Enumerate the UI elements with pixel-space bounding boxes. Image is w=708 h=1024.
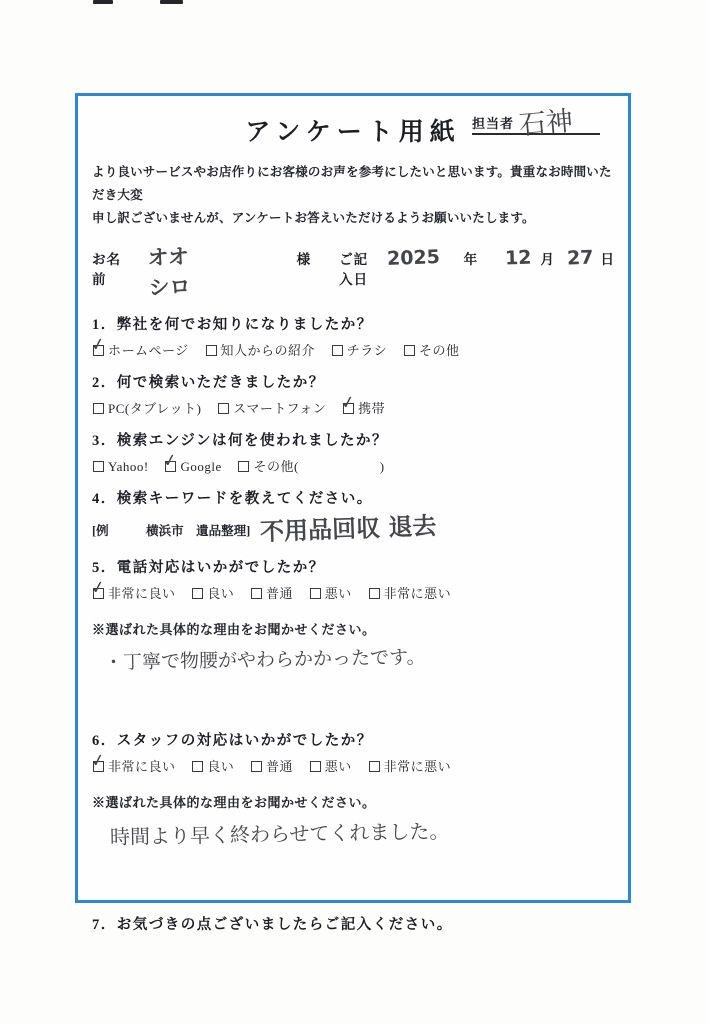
question-2-title: 2．何で検索いただきましたか？: [92, 371, 614, 392]
option-smartphone: スマートフォン: [218, 401, 326, 416]
scan-artifact-mark: [93, 0, 113, 4]
checkbox: [93, 403, 104, 414]
checkbox: [404, 345, 415, 356]
option-label: 普通: [266, 759, 293, 774]
question-6: 6．スタッフの対応はいかがでしたか？ 非常に良い 良い 普通 悪い 非常に悪い …: [92, 729, 614, 847]
checkbox: [192, 761, 203, 772]
checkbox: [369, 761, 380, 772]
checkbox: [93, 461, 104, 472]
name-date-row: お名前 オオシロ 様 ご記入日 2025 年 12 月 27 日: [92, 241, 614, 301]
question-7: 7．お気づきの点ございましたらご記入ください。: [92, 913, 614, 934]
question-3-title: 3．検索エンジンは何を使われましたか？: [92, 429, 614, 450]
option-label: 非常に悪い: [384, 759, 452, 774]
staff-label: 担当者: [472, 113, 514, 132]
checkbox: [251, 761, 262, 772]
question-5-options: 非常に良い 良い 普通 悪い 非常に悪い: [93, 583, 614, 602]
option-label: その他( ): [253, 459, 384, 474]
option-bad: 悪い: [310, 759, 352, 774]
keyword-example: [例 横浜市 遺品整理]: [92, 521, 250, 539]
option-bad: 悪い: [310, 586, 352, 601]
question-7-title: 7．お気づきの点ございましたらご記入ください。: [92, 913, 614, 934]
checkbox: [332, 345, 343, 356]
option-other-engine: その他( ): [238, 459, 384, 474]
question-6-reason-handwriting: 時間より早く終わらせてくれました。: [110, 815, 450, 850]
year-handwriting: 2025: [386, 246, 440, 270]
option-label: PC(タブレット): [108, 401, 201, 416]
checkbox: [310, 761, 321, 772]
option-label: 非常に悪い: [384, 586, 452, 601]
intro-line-1: より良いサービスやお店作りにお客様のお声を参考にしたいと思います。貴重なお時間い…: [92, 161, 614, 207]
option-very-bad: 非常に悪い: [369, 586, 452, 601]
question-5-reason-handwriting: ・丁寧で物腰がやわらかかったです。: [104, 643, 426, 676]
option-flyer: チラシ: [332, 343, 388, 358]
question-4: 4．検索キーワードを教えてください。 [例 横浜市 遺品整理] 不用品回収 退去: [92, 487, 614, 544]
option-label: 悪い: [325, 586, 352, 601]
option-normal: 普通: [251, 759, 293, 774]
checkbox: [165, 461, 176, 472]
option-very-good: 非常に良い: [93, 759, 176, 774]
option-mobile: 携帯: [343, 401, 385, 416]
option-label: 携帯: [358, 401, 385, 416]
option-label: その他: [419, 343, 460, 358]
name-label: お名前: [92, 248, 122, 288]
option-pc-tablet: PC(タブレット): [93, 401, 201, 416]
option-referral: 知人からの紹介: [206, 343, 316, 358]
form-header: アンケート用紙 担当者 石神: [92, 104, 614, 154]
option-good: 良い: [192, 586, 234, 601]
option-google: Google: [165, 459, 221, 474]
option-homepage: ホームページ: [93, 343, 189, 358]
honorific-label: 様: [297, 248, 312, 268]
option-label: 非常に良い: [108, 759, 176, 774]
checkbox: [192, 588, 203, 599]
checkbox: [93, 588, 104, 599]
customer-name-handwriting: オオシロ: [147, 240, 206, 302]
question-1: 1．弊社を何でお知りになりましたか？ ホームページ 知人からの紹介 チラシ その…: [92, 313, 614, 359]
checkbox: [369, 588, 380, 599]
intro-line-2: 申し訳ございませんが、アンケートお答えいただけるようお願いいたします。: [92, 207, 614, 230]
month-handwriting: 12: [505, 247, 532, 270]
year-unit-label: 年: [464, 248, 478, 268]
checkbox: [310, 588, 321, 599]
checkbox: [218, 403, 229, 414]
survey-form-sheet: アンケート用紙 担当者 石神 より良いサービスやお店作りにお客様のお声を参考にし…: [75, 93, 631, 903]
question-4-title: 4．検索キーワードを教えてください。: [92, 487, 614, 508]
question-4-answer-row: [例 横浜市 遺品整理] 不用品回収 退去: [92, 515, 614, 544]
scan-artifact-mark: [160, 0, 183, 4]
question-1-title: 1．弊社を何でお知りになりましたか？: [92, 313, 614, 334]
staff-name-handwriting: 石神: [518, 108, 574, 140]
option-label: Google: [180, 459, 221, 474]
checkbox: [206, 345, 217, 356]
option-label: 悪い: [325, 759, 352, 774]
option-label: スマートフォン: [233, 401, 326, 416]
question-2: 2．何で検索いただきましたか？ PC(タブレット) スマートフォン 携帯: [92, 371, 614, 417]
question-3-options: Yahoo! Google その他( ): [93, 456, 614, 475]
option-very-good: 非常に良い: [93, 586, 176, 601]
option-label: 知人からの紹介: [221, 343, 316, 358]
option-label: チラシ: [347, 343, 388, 358]
question-2-options: PC(タブレット) スマートフォン 携帯: [93, 398, 614, 417]
checkbox: [93, 345, 104, 356]
question-6-reason-prompt: ※選ばれた具体的な理由をお聞かせください。: [92, 792, 614, 811]
option-other: その他: [404, 343, 460, 358]
day-handwriting: 27: [567, 247, 594, 270]
option-yahoo: Yahoo!: [93, 459, 149, 474]
question-1-options: ホームページ 知人からの紹介 チラシ その他: [93, 340, 614, 359]
question-5-title: 5．電話対応はいかがでしたか？: [92, 556, 614, 577]
question-5-reason-prompt: ※選ばれた具体的な理由をお聞かせください。: [92, 619, 614, 638]
intro-text: より良いサービスやお店作りにお客様のお声を参考にしたいと思います。貴重なお時間い…: [92, 161, 614, 230]
option-label: 普通: [266, 586, 293, 601]
checkbox: [343, 403, 354, 414]
date-label: ご記入日: [339, 248, 379, 288]
question-6-title: 6．スタッフの対応はいかがでしたか？: [92, 729, 614, 750]
option-label: Yahoo!: [108, 459, 149, 474]
checkbox: [251, 588, 262, 599]
month-unit-label: 月: [541, 248, 555, 268]
option-label: 良い: [207, 759, 234, 774]
question-3: 3．検索エンジンは何を使われましたか？ Yahoo! Google その他( ): [92, 429, 614, 475]
question-6-options: 非常に良い 良い 普通 悪い 非常に悪い: [93, 756, 614, 775]
keyword-handwriting: 不用品回収 退去: [260, 506, 437, 547]
option-label: ホームページ: [108, 343, 189, 358]
option-very-bad: 非常に悪い: [369, 759, 452, 774]
option-good: 良い: [192, 759, 234, 774]
option-label: 良い: [207, 586, 234, 601]
option-normal: 普通: [251, 586, 293, 601]
day-unit-label: 日: [601, 248, 615, 268]
staff-field: 担当者 石神: [472, 110, 600, 135]
option-label: 非常に良い: [108, 586, 176, 601]
question-5: 5．電話対応はいかがでしたか？ 非常に良い 良い 普通 悪い 非常に悪い ※選ば…: [92, 556, 614, 672]
checkbox: [93, 761, 104, 772]
checkbox: [238, 461, 249, 472]
